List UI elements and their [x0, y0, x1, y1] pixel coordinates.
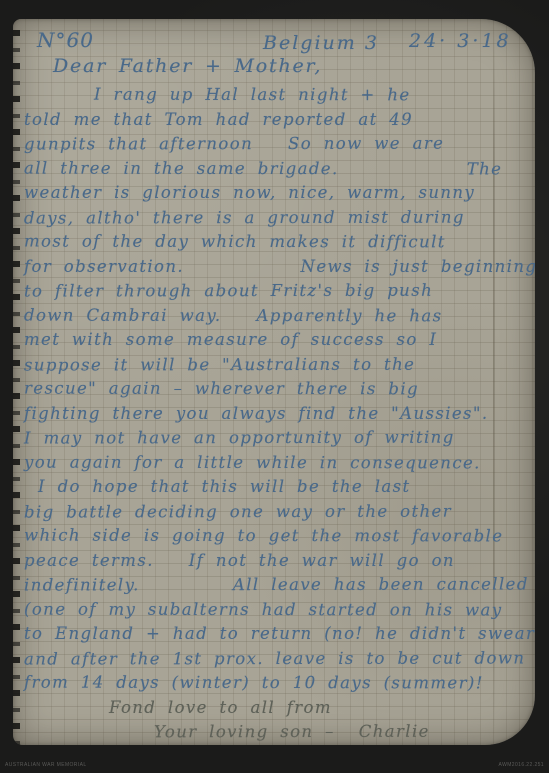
letter-line: I do hope that this will be the last — [24, 475, 531, 500]
letter-line: told me that Tom had reported at 49 — [24, 108, 531, 133]
letter-line: to England + had to return (no! he didn'… — [24, 622, 531, 647]
letter-line: most of the day which makes it difficult — [24, 230, 531, 255]
letter-line: fighting there you always find the "Auss… — [24, 402, 531, 427]
closing-line: Your loving son –Charlie — [24, 719, 531, 745]
closing-text: Your loving son – — [154, 722, 335, 741]
letter-line: you again for a little while in conseque… — [24, 450, 531, 475]
letter-line: big battle deciding one way or the other — [24, 499, 531, 525]
letter-line: all three in the same brigade. The — [24, 156, 531, 181]
letter-line: met with some measure of success so I — [24, 328, 531, 353]
letter-line: down Cambrai way. Apparently he has — [24, 303, 531, 328]
letter-page: N°60 Belgium 3 24· 3·18 Dear Father + Mo… — [13, 19, 535, 745]
letter-line: which side is going to get the most favo… — [24, 524, 531, 549]
letter-line: I may not have an opportunity of writing — [24, 425, 531, 451]
closing-salutation: Fond love to all from — [24, 696, 531, 721]
letter-line: from 14 days (winter) to 10 days (summer… — [24, 671, 531, 696]
letter-line: days, altho' there is a ground mist duri… — [24, 205, 531, 231]
letter-line: rescue" again – wherever there is big — [24, 377, 531, 402]
letter-line: I rang up Hal last night + he — [24, 83, 531, 108]
signature: Charlie — [349, 720, 436, 745]
letter-line: indefinitely. All leave has been cancell… — [24, 572, 531, 598]
letter-line: gunpits that afternoon So now we are — [24, 131, 531, 157]
archive-caption-right: AWM2016.22.251 — [499, 762, 544, 768]
letter-line: (one of my subalterns had started on his… — [24, 597, 531, 622]
letter-line: weather is glorious now, nice, warm, sun… — [24, 181, 531, 206]
letter-date: 24· 3·18 — [409, 30, 512, 52]
letter-place: Belgium 3 — [263, 32, 379, 54]
archive-caption-left: AUSTRALIAN WAR MEMORIAL — [5, 762, 87, 768]
letter-line: to filter through about Fritz's big push — [24, 278, 531, 304]
torn-paper-edge — [13, 19, 20, 745]
letter-line: and after the 1st prox. leave is to be c… — [24, 646, 531, 672]
letter-body: I rang up Hal last night + he told me th… — [24, 83, 531, 745]
letter-line: peace terms. If not the war will go on — [24, 549, 531, 574]
letter-number: N°60 — [37, 28, 94, 52]
salutation: Dear Father + Mother, — [53, 55, 322, 77]
letter-line: for observation. News is just beginning — [24, 255, 531, 280]
letter-line: suppose it will be "Australians to the — [24, 352, 531, 378]
letter-header: N°60 Belgium 3 24· 3·18 — [13, 28, 535, 58]
scan-background: N°60 Belgium 3 24· 3·18 Dear Father + Mo… — [0, 0, 549, 773]
